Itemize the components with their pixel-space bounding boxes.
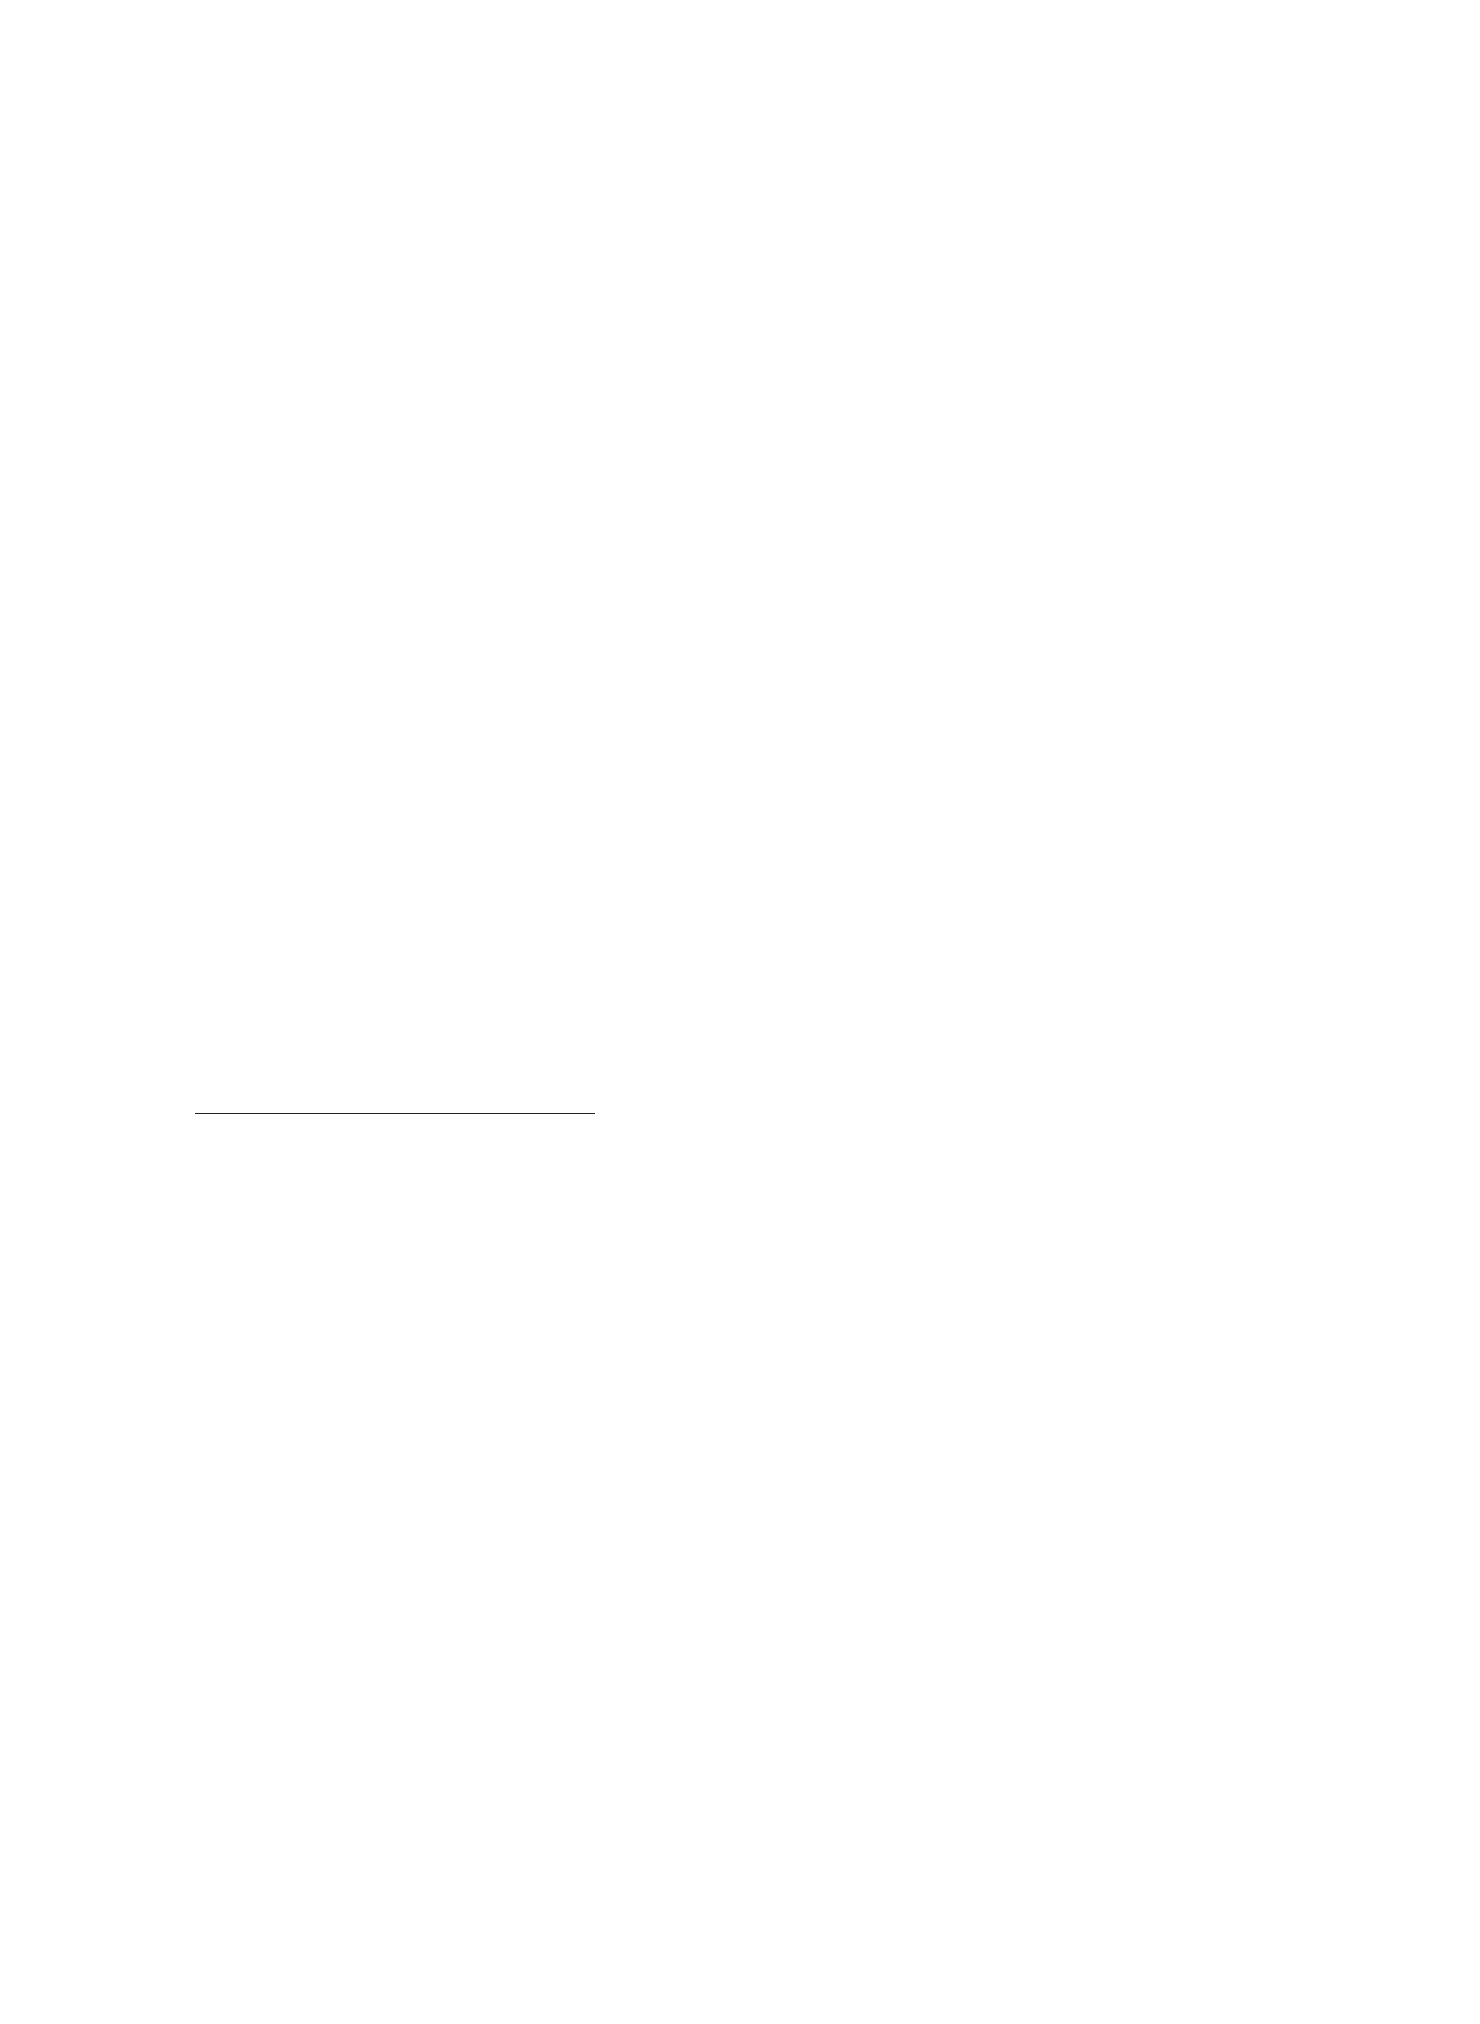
running-header [190, 176, 212, 205]
footnote-divider [195, 1113, 595, 1114]
